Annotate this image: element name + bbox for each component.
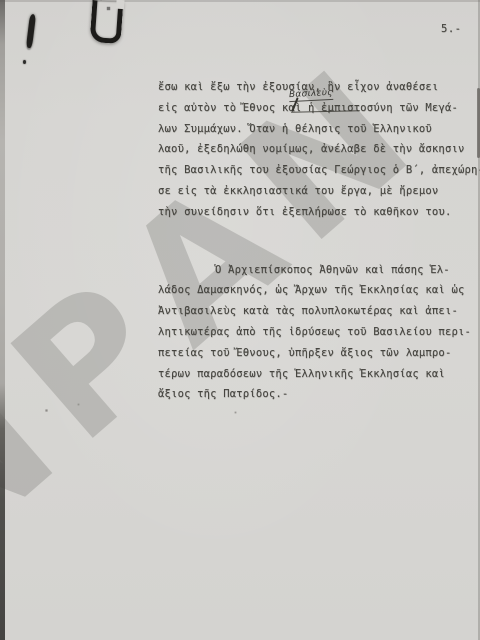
- typed-line: λητικωτέρας ἀπὸ τῆς ἱδρύσεως τοῦ Βασιλεί…: [158, 322, 448, 343]
- paper-specks: [0, 0, 1, 1]
- typed-line: λων Συμμάχων. Ὅταν ἡ θέλησις τοῦ Ἑλληνικ…: [158, 119, 448, 140]
- ink-blot-hook: [90, 0, 124, 44]
- paragraph-2: Ὁ Ἀρχιεπίσκοπος Ἀθηνῶν καὶ πάσης Ἑλ- λάδ…: [158, 260, 448, 406]
- scanned-document-page: ΝΡΑΝ 5.- ἔσω καὶ ἔξω τὴν ἐξουσίαν, ἣν εἶ…: [0, 0, 480, 640]
- typed-line: λαοῦ, ἐξεδηλώθη νομίμως, ἀνέλαβε δὲ τὴν …: [158, 139, 448, 160]
- scan-edge-left: [0, 0, 5, 640]
- typed-line: πετείας τοῦ Ἔθνους, ὑπῆρξεν ἄξιος τῶν λα…: [158, 343, 448, 364]
- ink-blot-stroke: [26, 14, 36, 48]
- typed-line: Ὁ Ἀρχιεπίσκοπος Ἀθηνῶν καὶ πάσης Ἑλ-: [158, 260, 448, 281]
- typed-line: σε εἰς τὰ ἐκκλησιαστικά του ἔργα, μὲ ἤρε…: [158, 181, 448, 202]
- page-number: 5.-: [441, 23, 461, 35]
- typed-line: ἄξιος τῆς Πατρίδος.-: [158, 384, 448, 405]
- typed-line: τῆς Βασιλικῆς του ἐξουσίας Γεώργιος ὁ Β΄…: [158, 160, 448, 181]
- typed-text-block: ἔσω καὶ ἔξω τὴν ἐξουσίαν, ἣν εἶχον ἀναθέ…: [158, 77, 448, 405]
- typed-line: τέρων παραδόσεων τῆς Ἑλληνικῆς Ἐκκλησίας…: [158, 364, 448, 385]
- typed-line: Ἀντιβασιλεὺς κατὰ τὰς πολυπλοκωτέρας καὶ…: [158, 301, 448, 322]
- typed-line: τὴν συνείδησιν ὅτι ἐξεπλήρωσε τὸ καθῆκον…: [158, 202, 448, 223]
- typed-line: λάδος Δαμασκηνός, ὡς Ἄρχων τῆς Ἐκκλησίας…: [158, 280, 448, 301]
- ink-blot-dot: [23, 60, 26, 64]
